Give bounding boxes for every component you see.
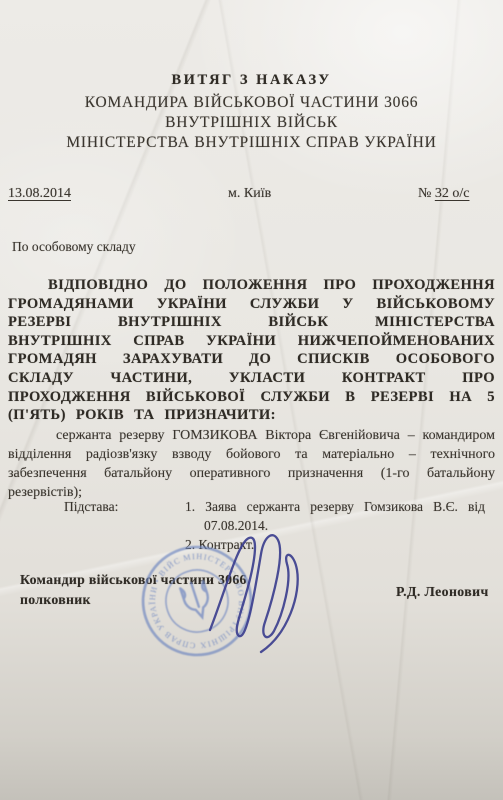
handwritten-signature bbox=[203, 528, 311, 656]
document-header: ВИТЯГ З НАКАЗУ КОМАНДИРА ВІЙСЬКОВОЇ ЧАСТ… bbox=[0, 70, 503, 153]
order-body-paragraph: ВІДПОВІДНО ДО ПОЛОЖЕННЯ ПРО ПРОХОДЖЕННЯ … bbox=[8, 276, 495, 425]
order-city: м. Київ bbox=[228, 186, 271, 202]
signer-name: Р.Д. Леонович bbox=[396, 584, 489, 600]
order-number-prefix: № bbox=[418, 186, 435, 201]
order-number: № 32 о/с bbox=[418, 186, 469, 202]
order-date: 13.08.2014 bbox=[8, 186, 71, 202]
header-line-troops: ВНУТРІШНІХ ВІЙСЬК bbox=[0, 113, 503, 133]
order-subject: По особовому складу bbox=[12, 239, 136, 255]
document-title: ВИТЯГ З НАКАЗУ bbox=[0, 70, 503, 90]
scan-layer: ВИТЯГ З НАКАЗУ КОМАНДИРА ВІЙСЬКОВОЇ ЧАСТ… bbox=[0, 0, 503, 800]
basis-label: Підстава: bbox=[64, 497, 118, 516]
order-number-value: 32 о/с bbox=[435, 186, 470, 201]
scanned-order-document: ВИТЯГ З НАКАЗУ КОМАНДИРА ВІЙСЬКОВОЇ ЧАСТ… bbox=[0, 0, 503, 800]
header-line-unit: КОМАНДИРА ВІЙСЬКОВОЇ ЧАСТИНИ 3066 bbox=[0, 93, 503, 113]
appointment-paragraph: сержанта резерву ГОМЗИКОВА Віктора Євген… bbox=[8, 426, 495, 502]
header-line-ministry: МІНІСТЕРСТВА ВНУТРІШНІХ СПРАВ УКРАЇНИ bbox=[0, 133, 503, 153]
meta-row: 13.08.2014 м. Київ № 32 о/с bbox=[0, 186, 503, 208]
